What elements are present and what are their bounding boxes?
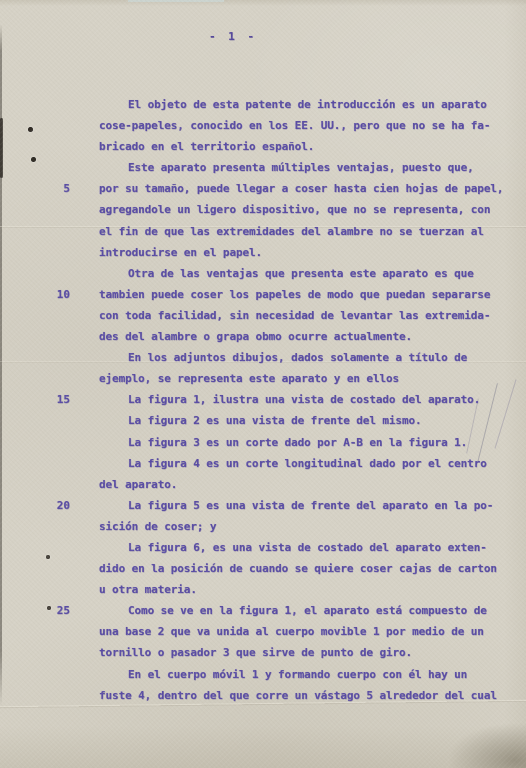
text-line: 5por su tamaño, puede llegar a coser has… <box>99 178 513 199</box>
text-line: 25Como se ve en la figura 1, el aparato … <box>99 600 513 621</box>
text-line: La figura 2 es una vista de frente del m… <box>99 410 513 431</box>
staple-hole <box>28 127 33 132</box>
line-text: Otra de las ventajas que presenta este a… <box>128 267 474 280</box>
scanned-document-page: - 1 - El objeto de esta patente de intro… <box>0 0 526 768</box>
scan-top-edge <box>128 0 224 2</box>
text-line: En los adjuntos dibujos, dados solamente… <box>99 347 513 368</box>
margin-line-number: 25 <box>54 600 70 621</box>
line-text: agregandole un ligero dispositivo, que n… <box>99 203 490 216</box>
line-text: por su tamaño, puede llegar a coser hast… <box>99 182 503 195</box>
line-text: des del alambre o grapa obmo ocurre actu… <box>99 330 412 343</box>
line-text: ejemplo, se representa este aparato y en… <box>99 372 399 385</box>
line-text: En los adjuntos dibujos, dados solamente… <box>128 351 467 364</box>
text-line: La figura 4 es un corte longitudinal dad… <box>99 453 513 474</box>
scan-left-edge-shadow <box>0 118 3 178</box>
line-text: tornillo o pasador 3 que sirve de punto … <box>99 646 412 659</box>
text-line: Este aparato presenta múltiples ventajas… <box>99 157 513 178</box>
line-text: cose-papeles, conocido en los EE. UU., p… <box>99 119 490 132</box>
line-text: En el cuerpo móvil 1 y formando cuerpo c… <box>128 668 467 681</box>
text-line: cose-papeles, conocido en los EE. UU., p… <box>99 115 513 136</box>
line-text: del aparato. <box>99 478 177 491</box>
text-line: una base 2 que va unida al cuerpo movibl… <box>99 621 513 642</box>
text-line: introducirse en el papel. <box>99 242 513 263</box>
staple-hole <box>46 555 50 559</box>
line-text: u otra materia. <box>99 583 197 596</box>
text-line: fuste 4, dentro del que corre un vástago… <box>99 685 513 706</box>
line-text: Como se ve en la figura 1, el aparato es… <box>128 604 487 617</box>
line-text: fuste 4, dentro del que corre un vástago… <box>99 689 497 702</box>
text-line: 15La figura 1, ilustra una vista de cost… <box>99 389 513 410</box>
line-text: La figura 6, es una vista de costado del… <box>128 541 487 554</box>
line-text: bricado en el territorio español. <box>99 140 314 153</box>
line-text: una base 2 que va unida al cuerpo movibl… <box>99 625 484 638</box>
line-text: introducirse en el papel. <box>99 246 262 259</box>
text-line: La figura 3 es un corte dado por A-B en … <box>99 432 513 453</box>
margin-line-number: 20 <box>54 495 70 516</box>
text-line: des del alambre o grapa obmo ocurre actu… <box>99 326 513 347</box>
line-text: La figura 3 es un corte dado por A-B en … <box>128 436 467 449</box>
margin-line-number: 10 <box>54 284 70 305</box>
staple-hole <box>47 606 51 610</box>
margin-line-number: 15 <box>54 389 70 410</box>
line-text: La figura 4 es un corte longitudinal dad… <box>128 457 487 470</box>
line-text: La figura 5 es una vista de frente del a… <box>128 499 493 512</box>
line-text: La figura 2 es una vista de frente del m… <box>128 414 422 427</box>
line-text: La figura 1, ilustra una vista de costad… <box>128 393 480 406</box>
text-line: con toda facilidad, sin necesidad de lev… <box>99 305 513 326</box>
line-text: tambien puede coser los papeles de modo … <box>99 288 490 301</box>
page-number: - 1 - <box>200 30 266 43</box>
staple-hole <box>31 157 36 162</box>
text-line: El objeto de esta patente de introducció… <box>99 94 513 115</box>
text-line: Otra de las ventajas que presenta este a… <box>99 263 513 284</box>
line-text: Este aparato presenta múltiples ventajas… <box>128 161 474 174</box>
line-text: dido en la posición de cuando se quiere … <box>99 562 497 575</box>
text-block: El objeto de esta patente de introducció… <box>99 94 513 706</box>
text-line: tornillo o pasador 3 que sirve de punto … <box>99 642 513 663</box>
text-line: 10tambien puede coser los papeles de mod… <box>99 284 513 305</box>
text-line: sición de coser; y <box>99 516 513 537</box>
line-text: el fin de que las extremidades del alamb… <box>99 225 484 238</box>
text-line: ejemplo, se representa este aparato y en… <box>99 368 513 389</box>
text-line: 20La figura 5 es una vista de frente del… <box>99 495 513 516</box>
line-text: sición de coser; y <box>99 520 216 533</box>
text-line: La figura 6, es una vista de costado del… <box>99 537 513 558</box>
line-text: con toda facilidad, sin necesidad de lev… <box>99 309 490 322</box>
text-line: En el cuerpo móvil 1 y formando cuerpo c… <box>99 664 513 685</box>
text-line: dido en la posición de cuando se quiere … <box>99 558 513 579</box>
text-line: el fin de que las extremidades del alamb… <box>99 221 513 242</box>
text-line: bricado en el territorio español. <box>99 136 513 157</box>
text-line: u otra materia. <box>99 579 513 600</box>
margin-line-number: 5 <box>54 178 70 199</box>
line-text: El objeto de esta patente de introducció… <box>128 98 487 111</box>
text-line: del aparato. <box>99 474 513 495</box>
text-line: agregandole un ligero dispositivo, que n… <box>99 199 513 220</box>
